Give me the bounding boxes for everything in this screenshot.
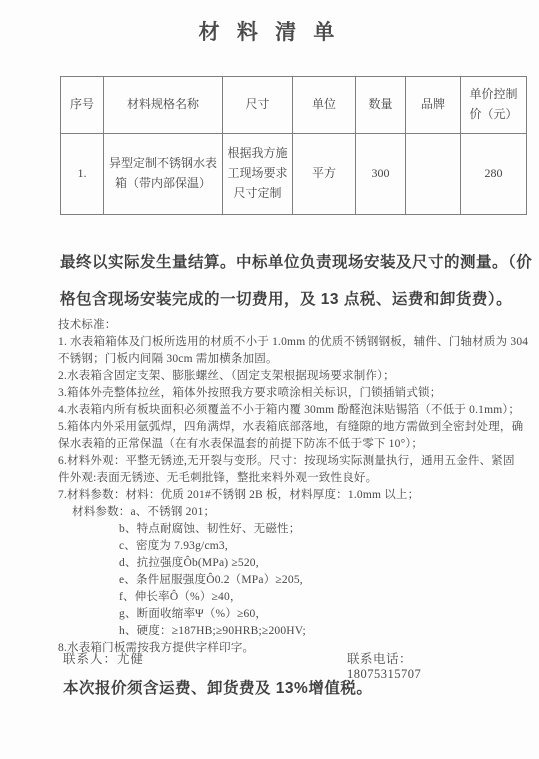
tech-line: b、特点耐腐蚀、韧性好、无磁性； [58, 521, 536, 538]
tech-line: 3.箱体外壳整体拉丝，箱体外按照我方要求喷涂相关标识，门锁插销式锁； [58, 385, 536, 402]
cell-brand [406, 134, 461, 215]
tech-line: h、硬度：≥187HB;≥90HRB;≥200HV; [58, 623, 536, 640]
header-material-name: 材料规格名称 [104, 77, 223, 134]
table-row: 1. 异型定制不锈钢水表箱（带内部保温） 根据我方施工现场要求尺寸定制 平方 3… [61, 134, 527, 215]
document-page: 材 料 清 单 序号 材料规格名称 尺寸 单位 数量 品牌 单价控制价（元） 1… [0, 0, 539, 759]
settlement-line: 格包含现场安装完成的一切费用，及 13 点税、运费和卸货费）。 [60, 281, 535, 318]
header-quantity: 数量 [356, 77, 406, 134]
tech-line: 1. 水表箱箱体及门板所选用的材质不小于 1.0mm 的优质不锈钢钢板，辅件、门… [58, 334, 536, 351]
tech-line: 不锈钢；门板内间隔 30cm 需加横条加固。 [58, 351, 536, 368]
header-unit: 单位 [293, 77, 356, 134]
contact-row: 联系人：尤健 联系电话：18075315707 [63, 649, 483, 667]
cell-price-control: 280 [461, 134, 527, 215]
footer-note: 本次报价须含运费、卸货费及 13%增值税。 [63, 676, 372, 698]
tech-line: g、断面收缩率Ψ（%）≥60， [58, 606, 536, 623]
contact-person: 联系人：尤健 [63, 652, 144, 666]
table-header-row: 序号 材料规格名称 尺寸 单位 数量 品牌 单价控制价（元） [61, 77, 527, 134]
tech-line: f、伸长率Ô（%）≥40， [58, 589, 536, 606]
page-title: 材 料 清 单 [0, 16, 539, 46]
header-price-control: 单价控制价（元） [461, 77, 527, 134]
materials-table: 序号 材料规格名称 尺寸 单位 数量 品牌 单价控制价（元） 1. 异型定制不锈… [60, 76, 527, 215]
technical-standards: 技术标准： 1. 水表箱箱体及门板所选用的材质不小于 1.0mm 的优质不锈钢钢… [58, 317, 536, 657]
cell-seq: 1. [61, 134, 104, 215]
tech-line: 4.水表箱内所有板块面积必须覆盖不小于箱内覆 30mm 酚醛泡沫贴锡箔（不低于 … [58, 402, 536, 419]
tech-line: 6.材料外观：平整无锈迹,无开裂与变形。尺寸：按现场实际测量执行，通用五金件、紧… [58, 453, 536, 470]
tech-line: 2.水表箱含固定支架、膨胀螺丝、（固定支架根据现场要求制作）； [58, 368, 536, 385]
tech-line: 材料参数：a、不锈钢 201； [58, 504, 536, 521]
tech-line: d、抗拉强度Ôb(MPa) ≥520, [58, 555, 536, 572]
technical-heading: 技术标准： [58, 317, 536, 334]
tech-line: e、条件屈服强度Ô0.2（MPa）≥205, [58, 572, 536, 589]
tech-line: 保水表箱的正常保温（在有水表保温套的前提下防冻不低于零下 10°）； [58, 436, 536, 453]
tech-line: 5.箱体内外采用氩弧焊，四角满焊，水表箱底部落地，有缝隙的地方需做到全密封处理，… [58, 419, 536, 436]
header-seq: 序号 [61, 77, 104, 134]
tech-line: 件外观:表面无锈迹、无毛刺批锋，整批来料外观一致性良好。 [58, 470, 536, 487]
header-brand: 品牌 [406, 77, 461, 134]
cell-unit: 平方 [293, 134, 356, 215]
cell-material-name: 异型定制不锈钢水表箱（带内部保温） [104, 134, 223, 215]
settlement-note: 最终以实际发生量结算。中标单位负责现场安装及尺寸的测量。（价 格包含现场安装完成… [60, 244, 535, 318]
settlement-line: 最终以实际发生量结算。中标单位负责现场安装及尺寸的测量。（价 [60, 244, 535, 281]
cell-size: 根据我方施工现场要求尺寸定制 [223, 134, 293, 215]
cell-quantity: 300 [356, 134, 406, 215]
tech-line: 7.材料参数：材料：优质 201#不锈钢 2B 板，材料厚度：1.0mm 以上； [58, 487, 536, 504]
tech-line: c、密度为 7.93g/cm3, [58, 538, 536, 555]
header-size: 尺寸 [223, 77, 293, 134]
